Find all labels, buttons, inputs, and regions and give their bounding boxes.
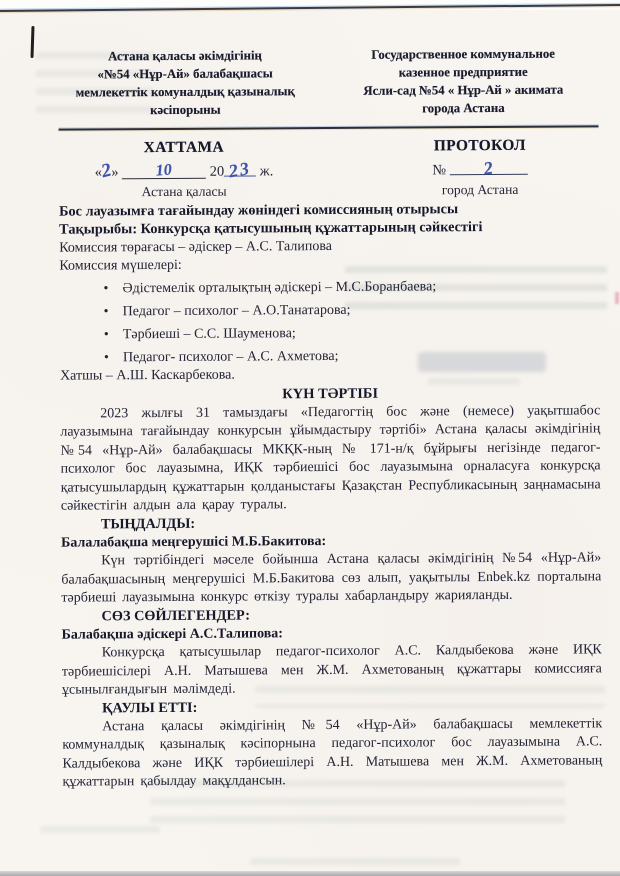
year-prefix: 20 [210, 164, 224, 180]
members-label: Комиссия мүшелері: [59, 254, 599, 276]
member-item: • Әдістемелік орталықтың әдіскері – М.С.… [103, 277, 599, 298]
organization-header: Астана қаласы әкімдігінің «№54 «Нұр-Ай» … [58, 44, 598, 120]
handwritten-month: 10 [155, 161, 172, 181]
agenda-paragraph: 2023 жылғы 31 тамыздағы «Педагогтің бос … [60, 402, 601, 516]
org-ru-line: Государственное коммунальное [328, 44, 598, 64]
bottom-scan-strip [0, 871, 620, 876]
scanned-page: Астана қаласы әкімдігінің «№54 «Нұр-Ай» … [0, 0, 620, 876]
handwritten-number: 2 [483, 158, 495, 178]
org-kk-line: мемлекеттік комуналдық қазыналық [58, 82, 312, 102]
place-kazakh: Астана қаласы [59, 183, 309, 203]
org-name-russian: Государственное коммунальное казенное пр… [328, 44, 598, 118]
secretary-line: Хатшы – А.Ш. Каскарбекова. [60, 364, 600, 386]
member-item: • Педагог – психолог – А.О.Танатарова; [104, 300, 600, 321]
member-item: • Тәрбиеші – С.С. Шауменова; [104, 323, 600, 344]
number-blank: 2 [450, 159, 528, 175]
month-blank: 10 [122, 163, 206, 180]
pink-scan-mark [615, 292, 619, 304]
year-blank: 23 [224, 160, 256, 176]
protocol-title-russian: ПРОТОКОЛ [361, 136, 599, 156]
bleedthrough-smudge [250, 858, 460, 868]
era-label: ж. [260, 163, 274, 179]
org-kk-line: «№54 «Нұр-Ай» балабақшасы [58, 64, 312, 84]
document-content: Астана қаласы әкімдігінің «№54 «Нұр-Ай» … [58, 38, 603, 792]
number-label: № [432, 162, 446, 178]
date-line: «2» 10 2023 ж. [59, 160, 310, 182]
speakers-paragraph: Конкурсқа қатысушылар педагог-психолог А… [62, 641, 602, 700]
protocol-left-block: ХАТТАМА «2» 10 2023 ж. Астана қаласы [59, 137, 362, 202]
protocol-number-line: № 2 [361, 158, 599, 180]
members-list: • Әдістемелік орталықтың әдіскері – М.С.… [59, 277, 600, 367]
member-name: Педагог – психолог – А.О.Танатарова; [123, 302, 351, 322]
bullet-icon: • [104, 349, 112, 367]
org-kk-line: Астана қаласы әкімдігінің [58, 46, 312, 66]
resolution-paragraph: Астана қаласы әкімдігінің №54 «Нұр-Ай» б… [62, 715, 602, 792]
member-name: Тәрбиеші – С.С. Шауменова; [123, 325, 296, 344]
header-divider [59, 125, 599, 130]
org-name-kazakh: Астана қаласы әкімдігінің «№54 «Нұр-Ай» … [58, 46, 312, 120]
bullet-icon: • [104, 326, 112, 344]
org-ru-line: Ясли-сад №54 « Нұр-Ай » акимата [328, 81, 598, 101]
bullet-icon: • [104, 303, 112, 321]
bleedthrough-smudge [40, 826, 160, 840]
scan-tick-mark [30, 26, 34, 58]
protocol-header-row: ХАТТАМА «2» 10 2023 ж. Астана қаласы ПРО… [59, 136, 599, 203]
org-kk-line: кәсіпорыны [58, 101, 312, 121]
place-russian: город Астана [361, 181, 599, 201]
protocol-right-block: ПРОТОКОЛ № 2 город Астана [361, 136, 599, 201]
org-ru-line: казенное предприятие [328, 63, 598, 83]
org-ru-line: города Астана [328, 99, 598, 119]
member-name: Әдістемелік орталықтың әдіскері – М.С.Бо… [122, 278, 436, 298]
protocol-title-kazakh: ХАТТАМА [59, 138, 309, 158]
member-name: Педагог- психолог – А.С. Ахметова; [123, 348, 339, 368]
heard-paragraph: Күн тәртібіндегі мәселе бойынша Астана қ… [61, 549, 601, 608]
bullet-icon: • [103, 280, 111, 298]
handwritten-year: 23 [228, 159, 253, 181]
